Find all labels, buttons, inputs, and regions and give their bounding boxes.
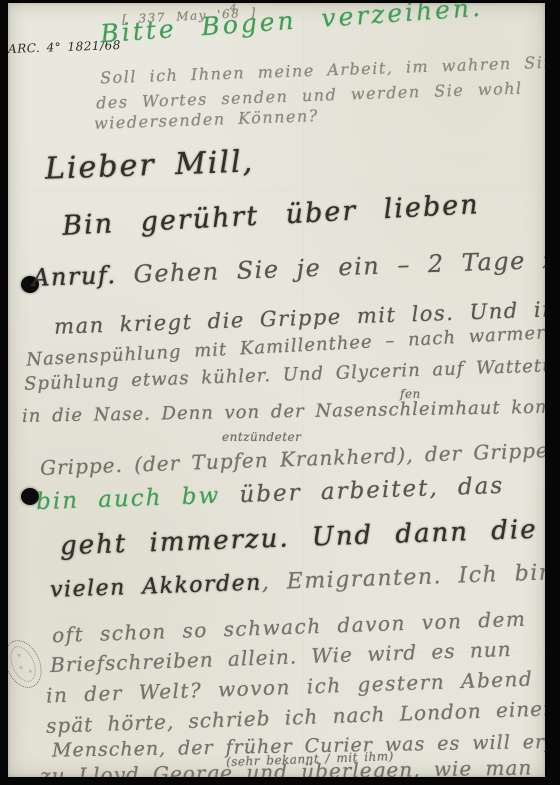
body-line-06: in die Nase. Denn von der Nasenschleimha… xyxy=(22,396,545,427)
scanned-letter-screenshot: { "page": { "background_color": "#060606… xyxy=(0,0,560,785)
body-line-08: bin auch bw über arbeitet, das xyxy=(36,473,505,515)
library-stamp xyxy=(8,634,49,694)
body-line-08-green-part: bin auch bw xyxy=(36,483,221,515)
body-line-09: geht immerzu. Und dann die xyxy=(60,515,538,562)
body-line-02: Anruf. Gehen Sie je ein – 2 Tage zu Bett… xyxy=(32,242,545,292)
letter-paper: [ 337 May '68 ] ARC. 4° 1821/68 Bitte Bo… xyxy=(8,3,545,777)
body-line-07-insertion: entzündeter xyxy=(222,430,301,444)
body-line-01: Bin gerührt über lieben xyxy=(61,189,480,242)
body-line-10: vielen Akkorden, Emigranten. Ich bin xyxy=(50,560,545,603)
salutation: Lieber Mill, xyxy=(44,144,254,186)
pencil-mark-above-header: 4 xyxy=(230,3,237,14)
body-line-08-pencil-part: über arbeitet, das xyxy=(239,473,505,508)
body-line-10-dark-part: vielen Akkorden xyxy=(50,570,263,602)
body-line-02-dark-word: Anruf. xyxy=(32,261,117,292)
library-stamp-inner-ring xyxy=(8,642,41,686)
body-line-02-rest: Gehen Sie je ein – 2 Tage zu Bett; xyxy=(133,242,545,288)
